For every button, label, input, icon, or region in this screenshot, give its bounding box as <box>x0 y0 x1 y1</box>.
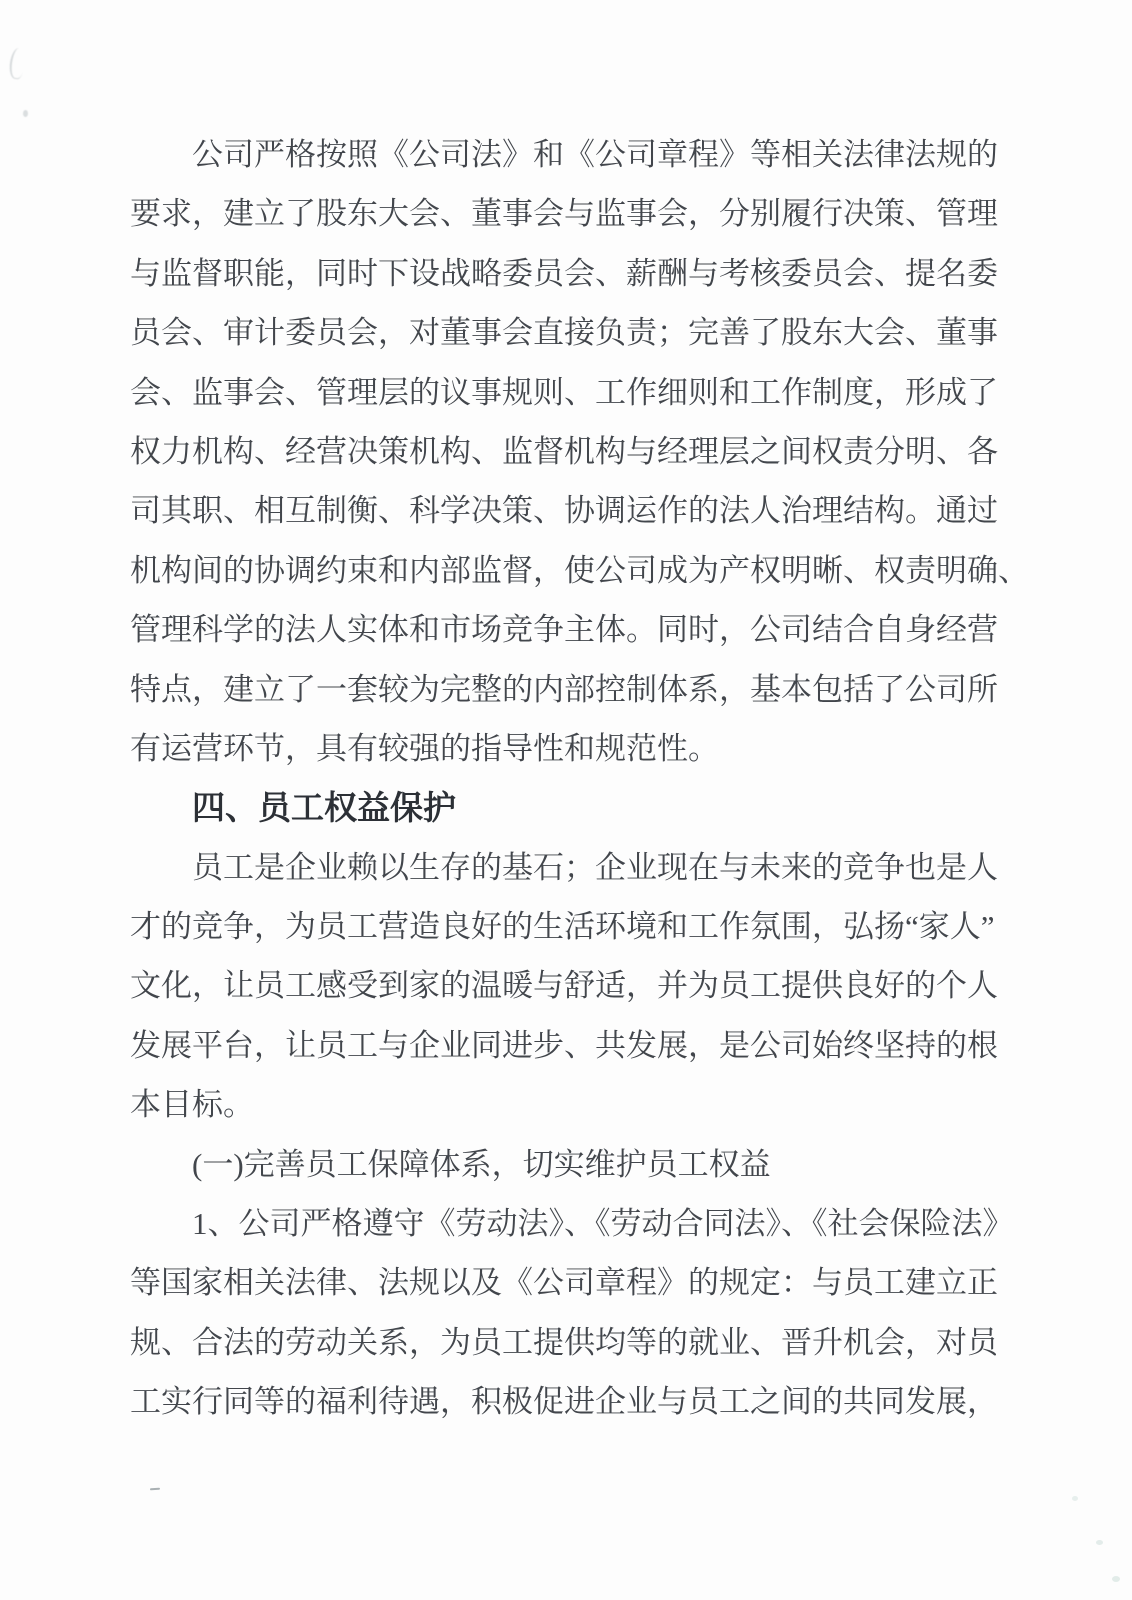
text-line: 发展平台，让员工与企业同进步、共发展，是公司始终坚持的根 <box>130 1016 995 1075</box>
text-line: 管理科学的法人实体和市场竞争主体。同时，公司结合自身经营 <box>130 600 995 659</box>
scan-artifact-dot <box>23 110 28 117</box>
text-line: 才的竞争，为员工营造良好的生活环境和工作氛围，弘扬“家人” <box>130 897 995 956</box>
text-line: 会、监事会、管理层的议事规则、工作细则和工作制度，形成了 <box>130 363 995 422</box>
text-line: 1、公司严格遵守《劳动法》、《劳动合同法》、《社会保险法》 <box>130 1194 995 1253</box>
text-line: 工实行同等的福利待遇，积极促进企业与员工之间的共同发展， <box>130 1372 995 1431</box>
document-body: 公司严格按照《公司法》和《公司章程》等相关法律法规的要求，建立了股东大会、董事会… <box>130 125 995 1432</box>
text-line: 文化，让员工感受到家的温暖与舒适，并为员工提供良好的个人 <box>130 956 995 1015</box>
text-line: 要求，建立了股东大会、董事会与监事会，分别履行决策、管理 <box>130 184 995 243</box>
text-line: 等国家相关法律、法规以及《公司章程》的规定：与员工建立正 <box>130 1253 995 1312</box>
text-line: 员工是企业赖以生存的基石；企业现在与未来的竞争也是人 <box>130 838 995 897</box>
scan-artifact-speck <box>1096 1540 1103 1545</box>
scan-artifact-speck <box>1072 1496 1078 1501</box>
text-line: 机构间的协调约束和内部监督，使公司成为产权明晰、权责明确、 <box>130 541 995 600</box>
text-line: 有运营环节，具有较强的指导性和规范性。 <box>130 719 995 778</box>
scanned-document-page: 公司严格按照《公司法》和《公司章程》等相关法律法规的要求，建立了股东大会、董事会… <box>0 0 1132 1600</box>
text-line: (一)完善员工保障体系，切实维护员工权益 <box>130 1135 995 1194</box>
text-line: 司其职、相互制衡、科学决策、协调运作的法人治理结构。通过 <box>130 481 995 540</box>
scan-artifact-dash <box>150 1488 160 1491</box>
text-line: 员会、审计委员会，对董事会直接负责；完善了股东大会、董事 <box>130 303 995 362</box>
text-line: 与监督职能，同时下设战略委员会、薪酬与考核委员会、提名委 <box>130 244 995 303</box>
text-line: 四、员工权益保护 <box>130 778 995 837</box>
text-line: 特点，建立了一套较为完整的内部控制体系，基本包括了公司所 <box>130 660 995 719</box>
scan-artifact-speck <box>1112 1576 1120 1582</box>
scan-artifact-squiggle <box>8 47 26 80</box>
text-line: 公司严格按照《公司法》和《公司章程》等相关法律法规的 <box>130 125 995 184</box>
text-line: 本目标。 <box>130 1075 995 1134</box>
text-line: 权力机构、经营决策机构、监督机构与经理层之间权责分明、各 <box>130 422 995 481</box>
text-line: 规、合法的劳动关系，为员工提供均等的就业、晋升机会，对员 <box>130 1313 995 1372</box>
